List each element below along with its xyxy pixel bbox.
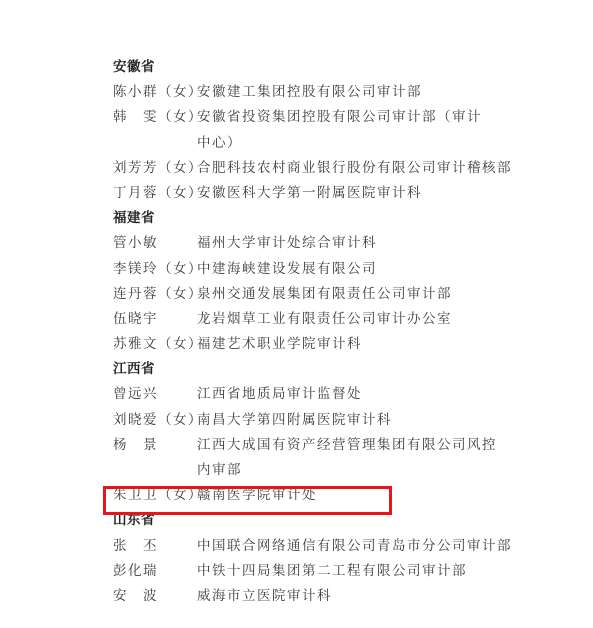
list-item: 伍晓宇 龙岩烟草工业有限责任公司审计办公室 [113,307,533,332]
person-name: 朱卫卫（女） [113,483,197,508]
person-name: 刘芳芳（女） [113,156,197,181]
organization: 福州大学审计处综合审计科 [197,231,533,256]
list-item: 刘芳芳（女） 合肥科技农村商业银行股份有限公司审计稽核部 [113,156,533,181]
list-item-highlighted: 朱卫卫（女） 赣南医学院审计处 [113,483,533,508]
organization: 泉州交通发展集团有限责任公司审计部 [197,282,533,307]
list-item: 安 波 威海市立医院审计科 [113,584,533,609]
organization: 威海市立医院审计科 [197,584,533,609]
person-name: 安 波 [113,584,197,609]
organization: 安徽建工集团控股有限公司审计部 [197,80,533,105]
province-heading-shandong: 山东省 [113,508,533,533]
organization: 南昌大学第四附属医院审计科 [197,408,533,433]
organization: 福建艺术职业学院审计科 [197,332,533,357]
person-name: 连丹蓉（女） [113,282,197,307]
person-name: 管小敏 [113,231,197,256]
organization: 中国联合网络通信有限公司青岛市分公司审计部 [197,534,533,559]
person-name: 丁月蓉（女） [113,181,197,206]
list-item: 丁月蓉（女） 安徽医科大学第一附属医院审计科 [113,181,533,206]
list-item: 韩 雯（女） 安徽省投资集团控股有限公司审计部（审计 [113,105,533,130]
person-name: 陈小群（女） [113,80,197,105]
organization: 中建海峡建设发展有限公司 [197,257,533,282]
list-item-continuation: 中心） [113,131,533,156]
list-item: 彭化瑞 中铁十四局集团第二工程有限公司审计部 [113,559,533,584]
organization: 安徽医科大学第一附属医院审计科 [197,181,533,206]
list-item: 张 丕 中国联合网络通信有限公司青岛市分公司审计部 [113,534,533,559]
person-name: 彭化瑞 [113,559,197,584]
list-item: 陈小群（女） 安徽建工集团控股有限公司审计部 [113,80,533,105]
list-item: 李镁玲（女） 中建海峡建设发展有限公司 [113,257,533,282]
list-item: 苏雅文（女） 福建艺术职业学院审计科 [113,332,533,357]
list-item: 刘晓爱（女） 南昌大学第四附属医院审计科 [113,408,533,433]
person-name: 刘晓爱（女） [113,408,197,433]
person-name: 伍晓宇 [113,307,197,332]
organization: 赣南医学院审计处 [197,483,533,508]
person-name: 曾远兴 [113,382,197,407]
list-item-continuation: 内审部 [113,458,533,483]
province-heading-anhui: 安徽省 [113,55,533,80]
organization: 安徽省投资集团控股有限公司审计部（审计 [197,105,533,130]
list-item: 杨 景 江西大成国有资产经营管理集团有限公司风控 [113,433,533,458]
province-heading-fujian: 福建省 [113,206,533,231]
organization: 中铁十四局集团第二工程有限公司审计部 [197,559,533,584]
organization: 龙岩烟草工业有限责任公司审计办公室 [197,307,533,332]
honor-list-document: 安徽省 陈小群（女） 安徽建工集团控股有限公司审计部 韩 雯（女） 安徽省投资集… [113,55,533,609]
person-name: 杨 景 [113,433,197,458]
list-item: 曾远兴 江西省地质局审计监督处 [113,382,533,407]
list-item: 管小敏 福州大学审计处综合审计科 [113,231,533,256]
organization: 江西大成国有资产经营管理集团有限公司风控 [197,433,533,458]
province-heading-jiangxi: 江西省 [113,357,533,382]
person-name: 苏雅文（女） [113,332,197,357]
person-name: 李镁玲（女） [113,257,197,282]
list-item: 连丹蓉（女） 泉州交通发展集团有限责任公司审计部 [113,282,533,307]
organization: 合肥科技农村商业银行股份有限公司审计稽核部 [197,156,533,181]
organization: 江西省地质局审计监督处 [197,382,533,407]
person-name: 张 丕 [113,534,197,559]
person-name: 韩 雯（女） [113,105,197,130]
